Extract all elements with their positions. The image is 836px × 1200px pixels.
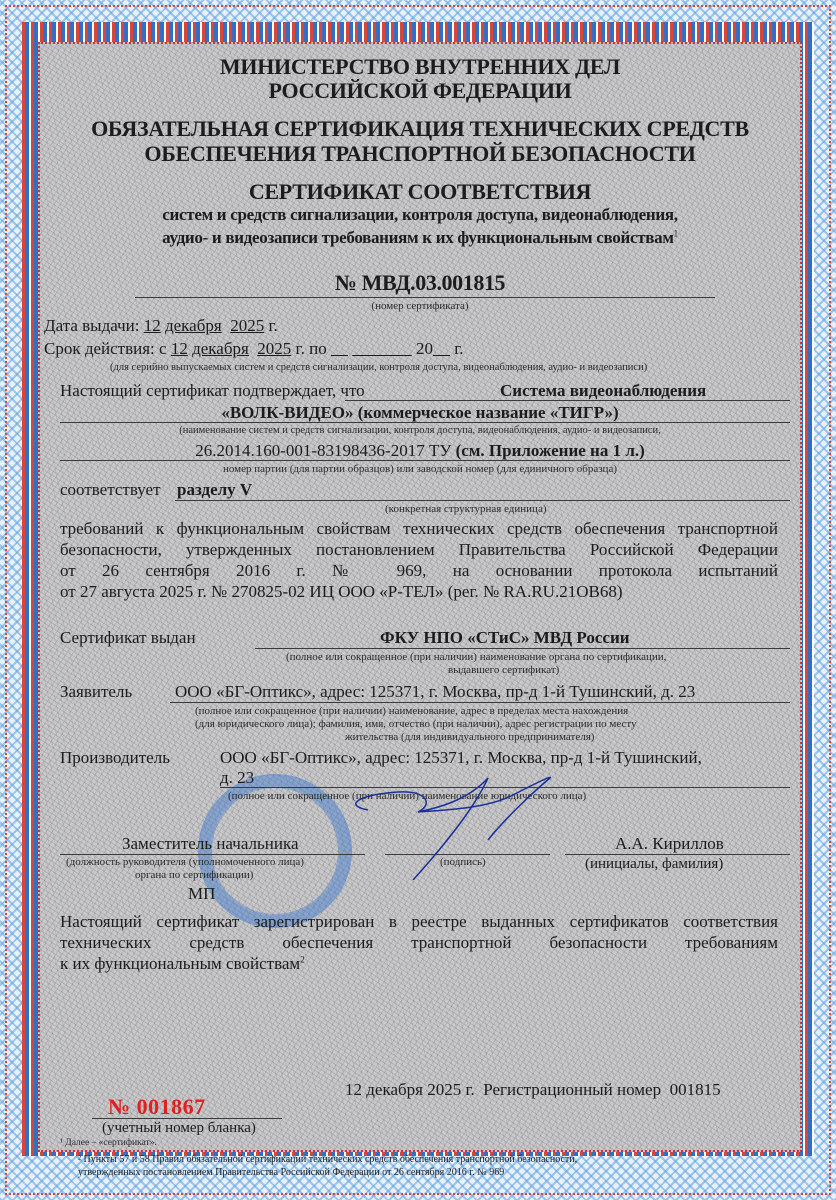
position-caption-line1: (должность руководителя (уполномоченного… — [66, 856, 304, 868]
complies-label: соответствует — [60, 480, 161, 500]
manufacturer-value-line2: д. 23 — [220, 768, 254, 788]
certification-title-line2: ОБЕСПЕЧЕНИЯ ТРАНСПОРТНОЙ БЕЗОПАСНОСТИ — [40, 141, 800, 167]
handwritten-signature — [338, 770, 598, 880]
section-value: разделу V — [177, 480, 252, 500]
validity-to-century: 20 — [416, 339, 433, 358]
registration-date: 12 декабря 2025 г. — [345, 1080, 475, 1099]
validity-row: Срок действия: с 12 декабря 2025 г. по 2… — [44, 339, 464, 359]
applicant-label: Заявитель — [60, 682, 132, 702]
product-caption: (наименование систем и средств сигнализа… — [40, 425, 800, 436]
seal-mark: МП — [188, 884, 215, 904]
position-caption-line2: органа по сертификации) — [135, 869, 253, 881]
certificate-number: № МВД.03.001815 — [40, 270, 800, 296]
validity-to-label: г. по — [296, 339, 327, 358]
registration-number-label: Регистрационный номер — [483, 1080, 661, 1099]
registration-number: 001815 — [670, 1080, 721, 1099]
requirements-line4: от 27 августа 2025 г. № 270825-02 ИЦ ООО… — [60, 582, 622, 602]
name-underline — [565, 854, 790, 855]
validity-caption: (для серийно выпускаемых систем и средст… — [110, 362, 647, 373]
manufacturer-label: Производитель — [60, 748, 170, 768]
issuer-underline — [255, 648, 790, 649]
registry-line3-text: к их функциональным свойствам — [60, 954, 300, 973]
certificate-sheet: МИНИСТЕРСТВО ВНУТРЕННИХ ДЕЛ РОССИЙСКОЙ Ф… — [38, 42, 802, 1152]
validity-from-year: 2025 — [257, 339, 291, 358]
requirements-line1: требований к функциональным свойствам те… — [60, 519, 778, 539]
signatory-name: А.А. Кириллов — [615, 834, 724, 854]
applicant-caption-line3: жительства (для индивидуального предприн… — [345, 731, 594, 743]
position-underline — [60, 854, 365, 855]
issue-month: декабря — [165, 316, 222, 335]
validity-from-day: 12 — [171, 339, 188, 358]
spec-row: 26.2014.160-001-83198436-2017 ТУ (см. Пр… — [40, 441, 800, 461]
document-subtitle-line1: систем и средств сигнализации, контроля … — [40, 205, 800, 225]
name-caption: (инициалы, фамилия) — [585, 856, 723, 873]
footnote-marker-2: 2 — [300, 954, 305, 964]
validity-to-suffix: г. — [454, 339, 463, 358]
registry-line2: технических средств обеспечения транспор… — [60, 933, 778, 953]
registry-line1: Настоящий сертификат зарегистрирован в р… — [60, 912, 778, 932]
issuer-value: ФКУ НПО «СТиС» МВД России — [380, 628, 630, 648]
product-name-line2: «ВОЛК-ВИДЕО» (коммерческое название «ТИГ… — [40, 403, 800, 423]
spec-underline — [60, 460, 790, 461]
issue-year-suffix: г. — [268, 316, 277, 335]
manufacturer-value-line1: ООО «БГ-Оптикс», адрес: 125371, г. Москв… — [220, 748, 702, 768]
confirms-label: Настоящий сертификат подтверждает, что — [60, 381, 365, 401]
subtitle-text: аудио- и видеозаписи требованиям к их фу… — [162, 228, 673, 247]
applicant-caption-line2: (для юридического лица); фамилия, имя, о… — [195, 718, 637, 730]
validity-to-month-blank — [352, 339, 412, 358]
requirements-line2: безопасности, утвержденных постановление… — [60, 540, 778, 560]
validity-to-day-blank — [331, 339, 348, 358]
registration-row: 12 декабря 2025 г. Регистрационный номер… — [345, 1080, 721, 1100]
ministry-title-line1: МИНИСТЕРСТВО ВНУТРЕННИХ ДЕЛ — [40, 54, 800, 80]
product-line2-underline — [60, 422, 790, 423]
validity-to-year-blank — [433, 339, 450, 358]
footnote-marker-1: 1 — [674, 228, 678, 238]
certification-title-line1: ОБЯЗАТЕЛЬНАЯ СЕРТИФИКАЦИЯ ТЕХНИЧЕСКИХ СР… — [40, 116, 800, 142]
blank-number: № 001867 — [108, 1094, 206, 1120]
issue-day: 12 — [144, 316, 161, 335]
issuer-label: Сертификат выдан — [60, 628, 196, 648]
ministry-title-line2: РОССИЙСКОЙ ФЕДЕРАЦИИ — [40, 78, 800, 104]
document-subtitle-line2: аудио- и видеозаписи требованиям к их фу… — [40, 228, 800, 248]
validity-from-month: декабря — [192, 339, 249, 358]
applicant-underline — [170, 702, 790, 703]
certificate-number-caption: (номер сертификата) — [40, 300, 800, 312]
footnote-2-line1: ² Пункты 57 и 58 Правил обязательной сер… — [78, 1154, 577, 1165]
signatory-position: Заместитель начальника — [122, 834, 299, 854]
requirements-line3: от 26 сентября 2016 г. № 969, на основан… — [60, 561, 778, 581]
product-name-line1: Система видеонаблюдения — [500, 381, 706, 401]
certificate-number-underline — [135, 297, 715, 298]
spec-code: 26.2014.160-001-83198436-2017 ТУ — [195, 441, 451, 460]
section-caption: (конкретная структурная единица) — [385, 503, 547, 515]
footnote-2-line2: утвержденных постановлением Правительств… — [78, 1167, 504, 1178]
product-line1-underline — [345, 400, 790, 401]
footnote-band: ² Пункты 57 и 58 Правил обязательной сер… — [0, 1150, 836, 1200]
applicant-caption-line1: (полное или сокращенное (при наличии) на… — [195, 705, 628, 717]
spec-annex: (см. Приложение на 1 л.) — [456, 441, 645, 460]
validity-label: Срок действия: с — [44, 339, 167, 358]
spec-caption: номер партии (для партии образцов) или з… — [40, 463, 800, 475]
blank-number-caption: (учетный номер бланка) — [102, 1120, 256, 1137]
issuer-caption-line2: выдавшего сертификат) — [448, 664, 559, 676]
registry-line3: к их функциональным свойствам2 — [60, 954, 305, 974]
section-underline — [175, 500, 790, 501]
issue-year: 2025 — [230, 316, 264, 335]
issuer-caption-line1: (полное или сокращенное (при наличии) на… — [286, 651, 666, 663]
blank-number-underline — [92, 1118, 282, 1119]
document-title: СЕРТИФИКАТ СООТВЕТСТВИЯ — [40, 179, 800, 205]
issue-date-row: Дата выдачи: 12 декабря 2025 г. — [44, 316, 278, 336]
issue-date-label: Дата выдачи: — [44, 316, 139, 335]
footnote-1: ¹ Далее – «сертификат». — [60, 1138, 157, 1148]
applicant-value: ООО «БГ-Оптикс», адрес: 125371, г. Москв… — [175, 682, 695, 702]
